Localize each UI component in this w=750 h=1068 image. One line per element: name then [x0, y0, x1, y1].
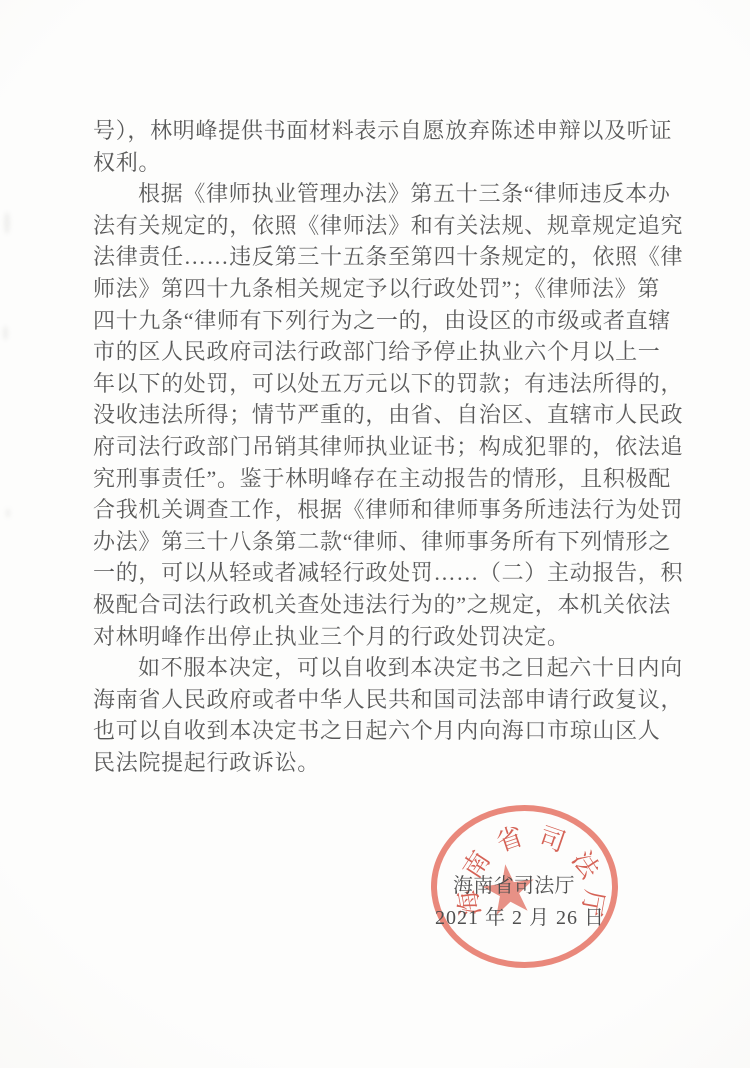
document-line: 市的区人民政府司法行政部门给予停止执业六个月以上一: [93, 336, 645, 368]
document-line: 办法》第三十八条第二款“律师、律师事务所有下列情形之: [93, 526, 645, 558]
document-line: 也可以自收到本决定书之日起六个月内向海口市琼山区人: [93, 715, 645, 747]
document-line: 极配合司法行政机关查处违法行为的”之规定，本机关依法: [93, 589, 645, 621]
document-line: 年以下的处罚，可以处五万元以下的罚款；有违法所得的，: [93, 368, 645, 400]
seal-ring-char: 省: [493, 823, 526, 856]
scan-smudge: [4, 212, 10, 234]
document-line: 海南省人民政府或者中华人民共和国司法部申请行政复议，: [93, 684, 645, 716]
document-line: 府司法行政部门吊销其律师执业证书；构成犯罪的，依法追: [93, 431, 645, 463]
document-line: 号），林明峰提供书面材料表示自愿放弃陈述申辩以及听证: [93, 115, 645, 147]
document-line: 根据《律师执业管理办法》第五十三条“律师违反本办: [93, 178, 645, 210]
document-line: 四十九条“律师有下列行为之一的，由设区的市级或者直辖: [93, 305, 645, 337]
seal-ring-char: 司: [535, 823, 568, 856]
document-line: 师法》第四十九条相关规定予以行政处罚”；《律师法》第: [93, 273, 645, 305]
document-line: 对林明峰作出停止执业三个月的行政处罚决定。: [93, 621, 645, 653]
document-line: 法律责任……违反第三十五条至第四十条规定的，依照《律: [93, 241, 645, 273]
scanned-document-page: 号），林明峰提供书面材料表示自愿放弃陈述申辩以及听证 权利。 根据《律师执业管理…: [0, 0, 750, 1068]
document-line: 合我机关调查工作，根据《律师和律师事务所违法行为处罚: [93, 494, 645, 526]
scan-smudge: [6, 508, 10, 518]
signature-date: 2021 年 2 月 26 日: [435, 901, 605, 930]
document-line: 权利。: [93, 147, 645, 179]
document-line: 究刑事责任”。鉴于林明峰存在主动报告的情形，且积极配: [93, 463, 645, 495]
document-line: 如不服本决定，可以自收到本决定书之日起六十日内向: [93, 652, 645, 684]
document-line: 没收违法所得；情节严重的，由省、自治区、直辖市人民政: [93, 399, 645, 431]
document-line: 一的，可以从轻或者减轻行政处罚……（二）主动报告，积: [93, 557, 645, 589]
document-line: 法有关规定的，依照《律师法》和有关法规、规章规定追究: [93, 210, 645, 242]
document-line: 民法院提起行政诉讼。: [93, 747, 645, 779]
document-body: 号），林明峰提供书面材料表示自愿放弃陈述申辩以及听证 权利。 根据《律师执业管理…: [93, 115, 645, 778]
signature-agency: 海南省司法厅: [453, 869, 575, 898]
scan-smudge: [3, 326, 8, 340]
